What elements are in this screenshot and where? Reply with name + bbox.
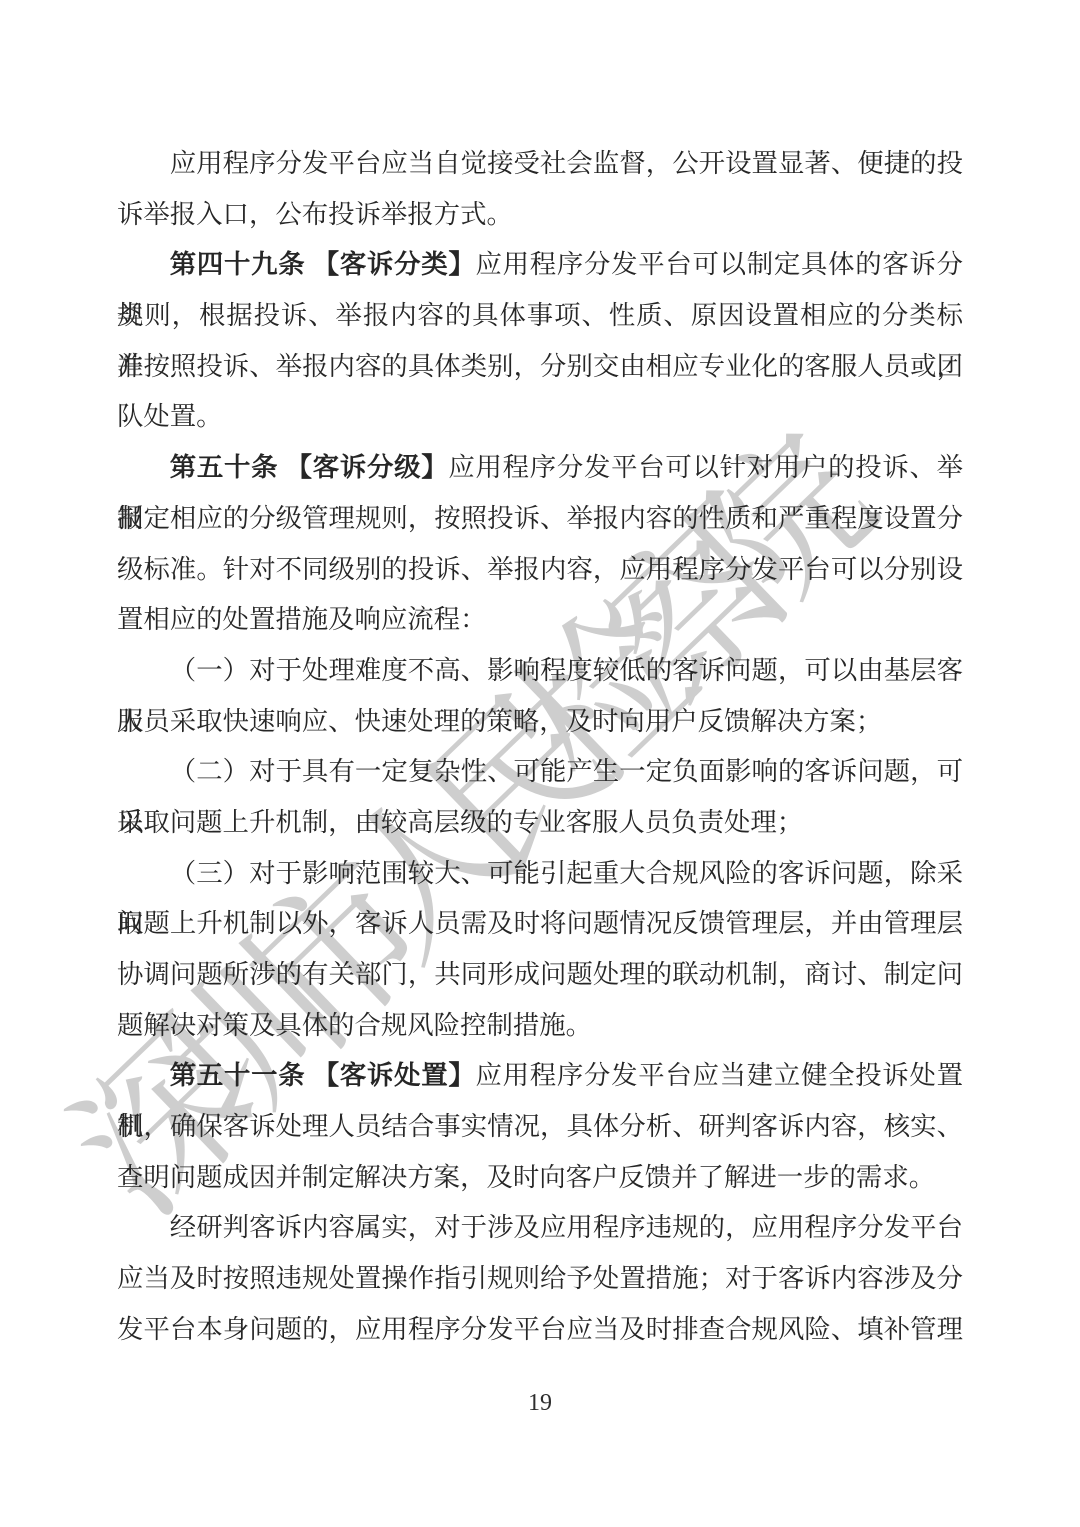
text-line: 协调问题所涉的有关部门，共同形成问题处理的联动机制，商讨、制定问 bbox=[117, 949, 963, 1000]
text-line: 第四十九条 【客诉分类】应用程序分发平台可以制定具体的客诉分类 bbox=[117, 239, 963, 290]
body-text: 采取问题上升机制，由较高层级的专业客服人员负责处理； bbox=[117, 807, 803, 837]
text-line: 规则，根据投诉、举报内容的具体事项、性质、原因设置相应的分类标准， bbox=[117, 290, 963, 341]
text-line: 采取问题上升机制，由较高层级的专业客服人员负责处理； bbox=[117, 797, 963, 848]
text-line: 人员采取快速响应、快速处理的策略，及时向用户反馈解决方案； bbox=[117, 696, 963, 747]
text-block: 应用程序分发平台应当自觉接受社会监督，公开设置显著、便捷的投诉举报入口，公布投诉… bbox=[117, 138, 963, 1355]
text-line: 题解决对策及具体的合规风险控制措施。 bbox=[117, 1000, 963, 1051]
article-heading-text: 第四十九条 【客诉分类】 bbox=[170, 249, 476, 279]
text-line: 第五十一条 【客诉处置】应用程序分发平台应当建立健全投诉处置机 bbox=[117, 1050, 963, 1101]
body-text: 制，确保客诉处理人员结合事实情况，具体分析、研判客诉内容，核实、 bbox=[117, 1111, 963, 1141]
text-line: （一）对于处理难度不高、影响程度较低的客诉问题，可以由基层客服 bbox=[117, 645, 963, 696]
document-page: 深圳市人民检察院 应用程序分发平台应当自觉接受社会监督，公开设置显著、便捷的投诉… bbox=[0, 0, 1080, 1527]
text-line: 应用程序分发平台应当自觉接受社会监督，公开设置显著、便捷的投 bbox=[117, 138, 963, 189]
body-text: 队处置。 bbox=[117, 401, 223, 431]
body-text: 应用程序分发平台应当自觉接受社会监督，公开设置显著、便捷的投 bbox=[170, 148, 963, 178]
text-line: 应当及时按照违规处置操作指引规则给予处置措施；对于客诉内容涉及分 bbox=[117, 1253, 963, 1304]
body-text: 经研判客诉内容属实，对于涉及应用程序违规的，应用程序分发平台 bbox=[170, 1212, 963, 1242]
text-line: 发平台本身问题的，应用程序分发平台应当及时排查合规风险、填补管理 bbox=[117, 1304, 963, 1355]
text-line: 经研判客诉内容属实，对于涉及应用程序违规的，应用程序分发平台 bbox=[117, 1202, 963, 1253]
text-line: 置相应的处置措施及响应流程： bbox=[117, 594, 963, 645]
body-text: 协调问题所涉的有关部门，共同形成问题处理的联动机制，商讨、制定问 bbox=[117, 959, 963, 989]
body-text: 发平台本身问题的，应用程序分发平台应当及时排查合规风险、填补管理 bbox=[117, 1314, 963, 1344]
body-text: 制定相应的分级管理规则，按照投诉、举报内容的性质和严重程度设置分 bbox=[117, 503, 963, 533]
body-text: 问题上升机制以外，客诉人员需及时将问题情况反馈管理层，并由管理层 bbox=[117, 908, 963, 938]
article-heading-text: 第五十条 【客诉分级】 bbox=[170, 452, 449, 482]
text-line: 查明问题成因并制定解决方案，及时向客户反馈并了解进一步的需求。 bbox=[117, 1152, 963, 1203]
text-line: 队处置。 bbox=[117, 391, 963, 442]
text-line: 制定相应的分级管理规则，按照投诉、举报内容的性质和严重程度设置分 bbox=[117, 493, 963, 544]
text-line: 制，确保客诉处理人员结合事实情况，具体分析、研判客诉内容，核实、 bbox=[117, 1101, 963, 1152]
text-line: （二）对于具有一定复杂性、可能产生一定负面影响的客诉问题，可以 bbox=[117, 746, 963, 797]
body-text: 置相应的处置措施及响应流程： bbox=[117, 604, 486, 634]
text-line: 诉举报入口，公布投诉举报方式。 bbox=[117, 189, 963, 240]
text-line: 并按照投诉、举报内容的具体类别，分别交由相应专业化的客服人员或团 bbox=[117, 341, 963, 392]
text-line: （三）对于影响范围较大、可能引起重大合规风险的客诉问题，除采取 bbox=[117, 848, 963, 899]
body-text: 查明问题成因并制定解决方案，及时向客户反馈并了解进一步的需求。 bbox=[117, 1162, 935, 1192]
page-number: 19 bbox=[0, 1390, 1080, 1417]
text-line: 级标准。针对不同级别的投诉、举报内容，应用程序分发平台可以分别设 bbox=[117, 544, 963, 595]
body-text: 题解决对策及具体的合规风险控制措施。 bbox=[117, 1010, 592, 1040]
body-text: 诉举报入口，公布投诉举报方式。 bbox=[117, 199, 513, 229]
body-text: 并按照投诉、举报内容的具体类别，分别交由相应专业化的客服人员或团 bbox=[117, 351, 963, 381]
article-heading-text: 第五十一条 【客诉处置】 bbox=[170, 1060, 476, 1090]
body-text: 应当及时按照违规处置操作指引规则给予处置措施；对于客诉内容涉及分 bbox=[117, 1263, 963, 1293]
text-line: 第五十条 【客诉分级】应用程序分发平台可以针对用户的投诉、举报 bbox=[117, 442, 963, 493]
text-line: 问题上升机制以外，客诉人员需及时将问题情况反馈管理层，并由管理层 bbox=[117, 898, 963, 949]
body-text: 人员采取快速响应、快速处理的策略，及时向用户反馈解决方案； bbox=[117, 706, 882, 736]
body-text: 级标准。针对不同级别的投诉、举报内容，应用程序分发平台可以分别设 bbox=[117, 554, 963, 584]
